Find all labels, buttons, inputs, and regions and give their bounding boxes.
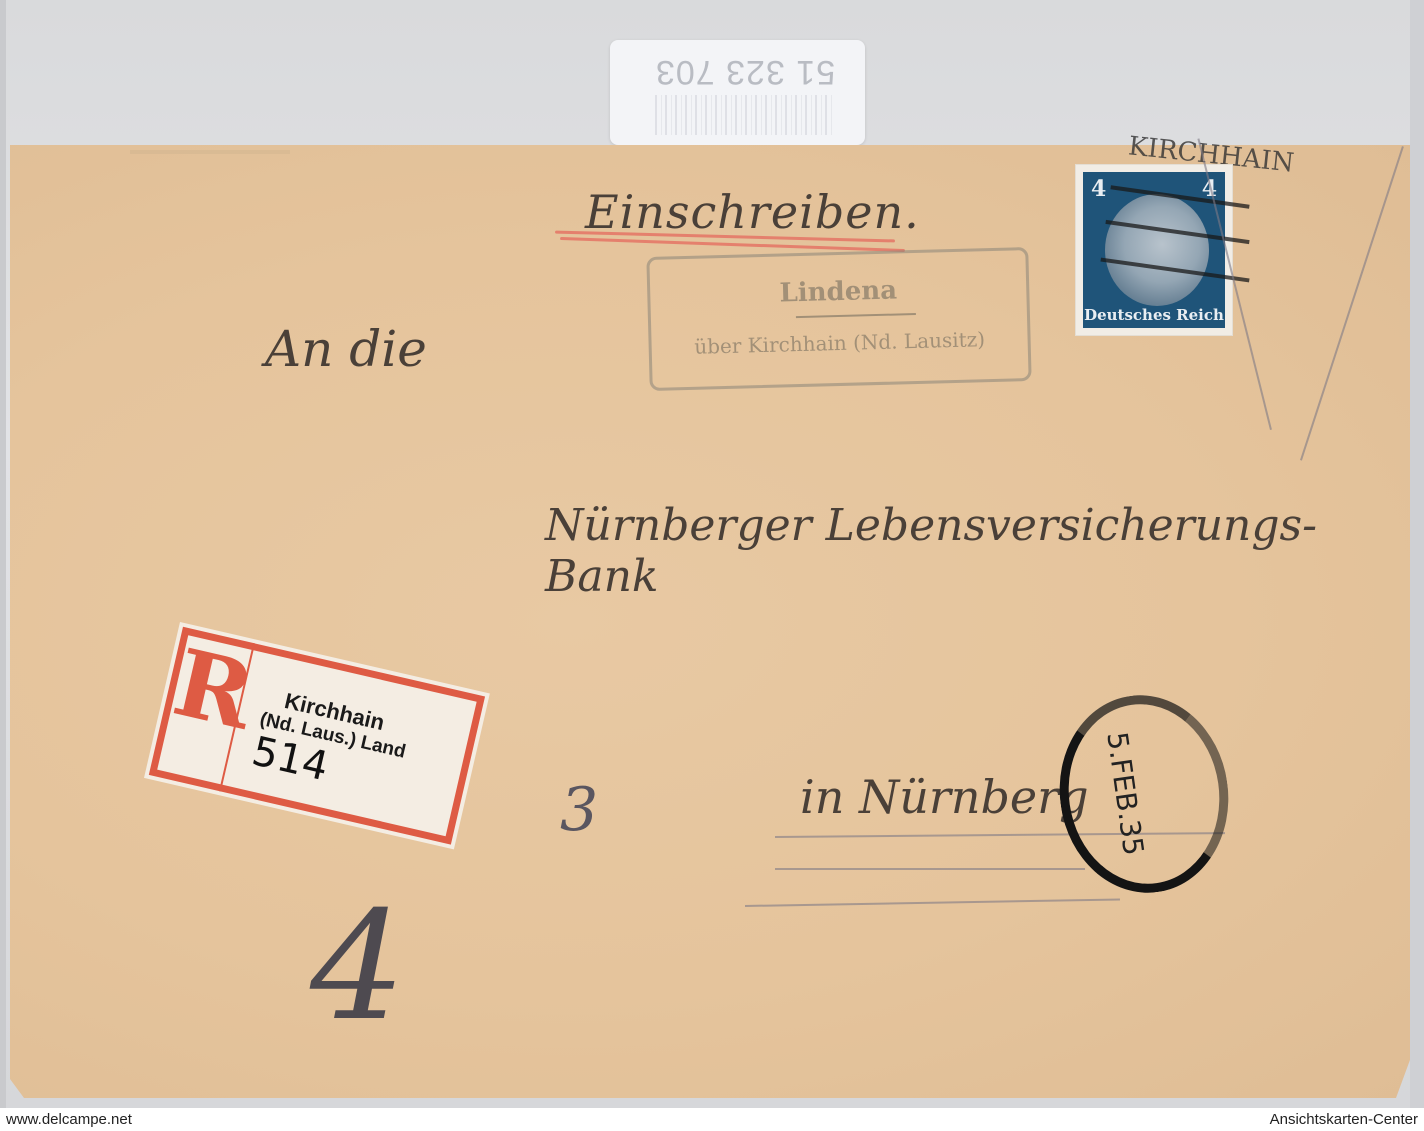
box-stamp-town: Lindena	[650, 272, 1027, 312]
handwritten-recipient: Nürnberger Lebensversicherungs-Bank	[545, 500, 1424, 602]
barcode	[655, 95, 835, 135]
handwritten-an-die: An die	[265, 320, 427, 378]
handwritten-einschreiben: Einschreiben.	[585, 185, 920, 239]
stamp-caption: Deutsches Reich	[1083, 306, 1225, 324]
inventory-number: 51 323 703	[650, 52, 840, 91]
envelope-torn-edge	[130, 150, 290, 154]
box-stamp-via: über Kirchhain (Nd. Lausitz)	[651, 326, 1027, 360]
scan-edge-left	[0, 0, 6, 1108]
hindenburg-portrait-icon	[1105, 194, 1209, 306]
pencil-note: 3	[560, 775, 598, 845]
pencil-note: 4	[310, 880, 405, 1054]
footer-seller: Ansichtskarten-Center	[1270, 1111, 1418, 1128]
box-cancel-stamp: Lindena über Kirchhain (Nd. Lausitz)	[646, 247, 1031, 391]
postmark-date: 5.FEB.35	[1100, 730, 1150, 858]
handwritten-city: in Nürnberg	[800, 770, 1089, 824]
stamp-denomination-left: 4	[1091, 176, 1106, 202]
box-stamp-rule	[796, 313, 916, 318]
inventory-tag: 51 323 703	[610, 40, 865, 145]
footer-source: www.delcampe.net	[6, 1111, 132, 1128]
pencil-underline	[775, 868, 1085, 870]
